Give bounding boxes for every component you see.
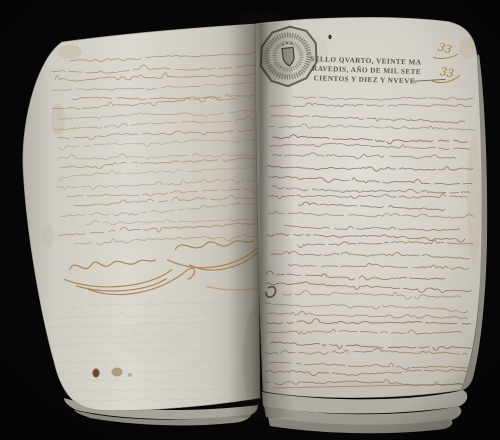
photo-vignette	[0, 0, 500, 440]
open-manuscript-photo: SELLO QVARTO, VEINTE MA RAVEDIS, AÑO DE …	[0, 0, 500, 440]
screenshot-root: SELLO QVARTO, VEINTE MA RAVEDIS, AÑO DE …	[0, 0, 500, 440]
